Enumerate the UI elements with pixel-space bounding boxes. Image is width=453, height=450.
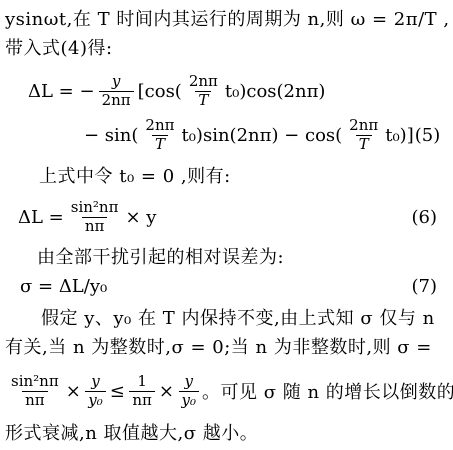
fraction-numerator: 2nπ: [346, 117, 381, 134]
fraction-y-over-2npi: y 2nπ: [99, 73, 134, 109]
fraction-denominator: nπ: [129, 391, 155, 409]
fraction-denominator: T: [152, 135, 168, 153]
paragraph2-line4: 形式衰减,n 取值越大,σ 越小。: [5, 419, 449, 448]
fraction-2npi-over-T: 2nπ T: [346, 117, 381, 153]
fraction-denominator: y₀: [85, 391, 106, 409]
eq5-bracket-cos: [cos(: [138, 81, 182, 102]
eq7-body: σ = ΔL/y₀: [20, 276, 107, 297]
equation7-number: (7): [412, 276, 450, 297]
eq5-line2-tail: t₀)]: [385, 125, 414, 146]
fraction-denominator: y₀: [179, 391, 200, 409]
fraction-numerator: y: [109, 73, 123, 90]
equation6: ΔL = sin²nπ nπ × y (6): [17, 193, 449, 241]
paragraph2-inline-tail: 。可见 σ 随 n 的增长以倒数的: [202, 378, 453, 404]
fraction-denominator: nπ: [22, 391, 48, 409]
paragraph1-line1: ysinωt,在 T 时间内其运行的周期为 n,则 ω = 2π/T ,: [5, 5, 449, 34]
times-sign: ×: [66, 381, 82, 402]
equation5-line1: ΔL = − y 2nπ [cos( 2nπ T t₀)cos(2nπ): [27, 69, 449, 113]
equation7: σ = ΔL/y₀ (7): [19, 272, 449, 300]
eq5-lhs: ΔL = −: [28, 81, 95, 102]
fraction-sin2npi-over-npi: sin²nπ nπ: [68, 199, 122, 235]
fraction-numerator: 2nπ: [186, 73, 221, 90]
fraction-numerator: sin²nπ: [68, 199, 122, 216]
fraction-1-over-npi: 1 nπ: [129, 373, 155, 409]
fraction-numerator: y: [182, 373, 196, 390]
fraction-y-over-y0: y y₀: [179, 373, 200, 409]
fraction-denominator: nπ: [82, 217, 108, 235]
fraction-numerator: 2nπ: [142, 117, 177, 134]
equation5-number: (5): [415, 125, 453, 146]
equation5-line2: − sin( 2nπ T t₀)sin(2nπ) − cos( 2nπ T t₀…: [83, 113, 449, 157]
fraction-y-over-y0: y y₀: [85, 373, 106, 409]
fraction-2npi-over-T: 2nπ T: [142, 117, 177, 153]
sentence-t0-zero: 上式中令 t₀ = 0 ,则有:: [39, 162, 449, 191]
document-page: ysinωt,在 T 时间内其运行的周期为 n,则 ω = 2π/T , 带入式…: [0, 0, 453, 450]
times-sign: ×: [159, 381, 175, 402]
paragraph2-line1: 假定 y、y₀ 在 T 内保持不变,由上式知 σ 仅与 n: [5, 304, 449, 333]
paragraph2-line2: 有关,当 n 为整数时,σ = 0;当 n 为非整数时,则 σ =: [5, 333, 449, 362]
fraction-numerator: 1: [134, 373, 150, 390]
eq5-minus-sin: − sin(: [84, 125, 138, 146]
eq5-line1-tail: t₀)cos(2nπ): [225, 81, 326, 102]
eq5-line2-mid: t₀)sin(2nπ) − cos(: [181, 125, 342, 146]
paragraph1-line2: 带入式(4)得:: [5, 34, 449, 63]
fraction-sin2npi-over-npi: sin²nπ nπ: [8, 373, 62, 409]
fraction-numerator: y: [88, 373, 102, 390]
fraction-numerator: sin²nπ: [8, 373, 62, 390]
leq-sign: ≤: [110, 381, 126, 402]
equation6-number: (6): [412, 207, 450, 228]
sentence-relative-error: 由全部干扰引起的相对误差为:: [37, 243, 449, 272]
paragraph2-inline-math: sin²nπ nπ × y y₀ ≤ 1 nπ × y y₀ 。可见 σ 随 n…: [5, 364, 449, 418]
eq6-lhs: ΔL =: [18, 207, 64, 228]
fraction-denominator: T: [195, 91, 211, 109]
eq6-rhs: × y: [125, 207, 156, 228]
fraction-denominator: T: [356, 135, 372, 153]
fraction-denominator: 2nπ: [99, 91, 134, 109]
fraction-2npi-over-T: 2nπ T: [186, 73, 221, 109]
